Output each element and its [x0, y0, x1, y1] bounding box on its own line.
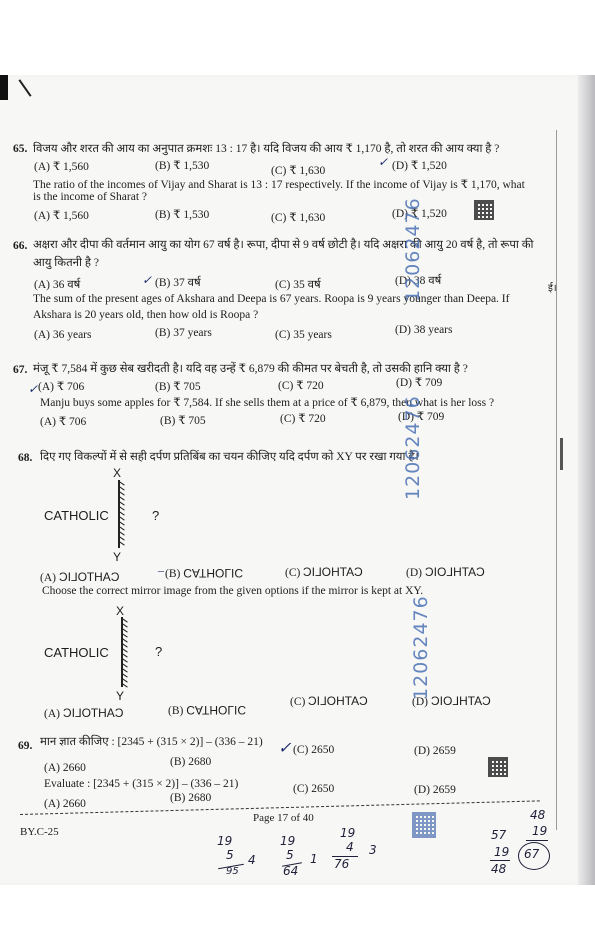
- option-label: (C): [290, 696, 305, 708]
- question-number: 68.: [18, 452, 32, 464]
- question-text-english: is the income of Sharat ?: [33, 191, 147, 203]
- watermark-id: 12062476: [402, 395, 424, 500]
- answer-tick-mark: ✓: [28, 382, 38, 397]
- handwritten-note: 3: [369, 843, 377, 857]
- question-text-english: Akshara is 20 years old, then how old is…: [33, 309, 258, 321]
- option-label: (A): [44, 708, 60, 720]
- option-b[interactable]: (B) ₹ 705: [155, 379, 201, 393]
- option-b[interactable]: (B) 2680: [170, 756, 211, 768]
- option-a[interactable]: (A) 36 years: [34, 329, 91, 341]
- handwritten-note: 5: [226, 848, 234, 862]
- question-text-english: Choose the correct mirror image from the…: [42, 585, 423, 597]
- option-b[interactable]: (B) ₹ 1,530: [155, 158, 209, 172]
- handwritten-note: 19: [217, 834, 232, 848]
- question-text-english: Evaluate : [2345 + (315 × 2)] – (336 – 2…: [44, 778, 238, 790]
- page-corner-shadow: [0, 75, 8, 100]
- option-text: CATHOLIC: [183, 566, 243, 580]
- option-b[interactable]: (B) 2680: [170, 792, 211, 804]
- page-edge-shadow: [578, 75, 595, 885]
- option-b[interactable]: (B) 37 years: [155, 327, 212, 339]
- option-d[interactable]: (D) ₹ 709: [396, 375, 442, 389]
- handwritten-note: 19: [494, 845, 509, 859]
- option-a[interactable]: (A) 36 वर्ष: [34, 277, 80, 292]
- margin-note: ई।: [548, 280, 557, 294]
- handwritten-note: 57: [491, 828, 506, 842]
- option-d[interactable]: (D) ₹ 1,520: [392, 158, 447, 172]
- handwritten-note: 4: [248, 853, 256, 867]
- option-label: (B): [168, 705, 183, 717]
- option-a[interactable]: (A) ₹ 706: [38, 379, 84, 393]
- option-c[interactable]: (C) 2650: [293, 744, 334, 756]
- mirror-label-y: Y: [116, 689, 124, 703]
- question-number: 65.: [13, 143, 27, 155]
- handwritten-note: 5: [286, 848, 294, 862]
- margin-line: [556, 130, 557, 830]
- question-text-hindi: विजय और शरत की आय का अनुपात क्रमशः 13 : …: [33, 142, 499, 156]
- option-d[interactable]: (D) 38 years: [395, 324, 452, 336]
- qr-code-icon: [474, 200, 494, 220]
- handwritten-note: 48: [491, 862, 506, 876]
- answer-tick-mark: –: [158, 563, 164, 578]
- option-c[interactable]: (C) 35 years: [275, 329, 332, 341]
- handwritten-note: 1: [310, 852, 318, 866]
- option-label: (B): [165, 568, 180, 580]
- margin-mark: [560, 438, 563, 470]
- option-d[interactable]: (D) CATHLOIC: [406, 565, 485, 579]
- mirror-label-x: X: [116, 604, 124, 618]
- option-c[interactable]: (C) 2650: [293, 783, 334, 795]
- question-text-hindi: आयु कितनी है ?: [33, 256, 99, 270]
- option-b[interactable]: (B) ₹ 1,530: [155, 207, 209, 221]
- question-text-english: The ratio of the incomes of Vijay and Sh…: [33, 177, 525, 191]
- question-number: 69.: [18, 740, 32, 752]
- handwritten-note: 67: [524, 847, 539, 861]
- question-text-hindi: मान ज्ञात कीजिए : [2345 + (315 × 2)] – (…: [40, 735, 263, 749]
- watermark-id: 12062476: [410, 595, 432, 700]
- option-c[interactable]: (C) CATHOLIC: [285, 565, 363, 579]
- option-text: CATHOLIC: [186, 703, 246, 717]
- option-d[interactable]: (D) 2659: [414, 745, 456, 757]
- option-text: CAHTOLIC: [59, 570, 119, 584]
- stamp-qr-icon: [412, 812, 436, 838]
- option-c[interactable]: (C) 35 वर्ष: [275, 277, 321, 292]
- option-text: CAHTOLIC: [63, 706, 123, 720]
- option-c[interactable]: (C) ₹ 720: [278, 378, 324, 392]
- question-text-hindi: मंजू ₹ 7,584 में कुछ सेब खरीदती है। यदि …: [33, 362, 468, 376]
- option-a[interactable]: (A) 2660: [44, 762, 86, 774]
- option-text: CATHLOIC: [425, 565, 485, 579]
- option-a[interactable]: (A) ₹ 1,560: [34, 159, 89, 173]
- handwritten-note: 4: [346, 840, 354, 854]
- handwritten-note: 19: [532, 824, 547, 838]
- option-text: CATHOLIC: [308, 694, 368, 708]
- option-a[interactable]: (A) ₹ 706: [40, 414, 86, 428]
- option-label: (C): [285, 567, 300, 579]
- question-text-hindi: दिए गए विकल्पों में से सही दर्पण प्रतिबि…: [40, 450, 419, 464]
- question-number: 66.: [13, 240, 27, 252]
- option-c[interactable]: (C) CATHOLIC: [290, 694, 368, 708]
- option-c[interactable]: (C) ₹ 720: [280, 411, 326, 425]
- handwritten-note: 95: [226, 866, 239, 877]
- option-c[interactable]: (C) ₹ 1,630: [271, 163, 325, 177]
- option-c[interactable]: (C) ₹ 1,630: [271, 210, 325, 224]
- option-label: (D): [406, 567, 422, 579]
- question-text-english: Manju buys some apples for ₹ 7,584. If s…: [40, 395, 494, 409]
- handwritten-note: 64: [283, 864, 298, 878]
- option-b[interactable]: (B) ₹ 705: [160, 413, 206, 427]
- page-number: Page 17 of 40: [253, 812, 314, 824]
- option-label: (A): [40, 572, 56, 584]
- handwritten-bar: [526, 840, 548, 841]
- answer-tick-mark: ✓: [142, 273, 152, 288]
- handwritten-bar: [490, 860, 510, 861]
- figure-question-mark: ?: [152, 508, 159, 523]
- handwritten-note: 48: [530, 808, 545, 822]
- mirror-label-x: X: [113, 466, 121, 480]
- option-text: CATHOLIC: [303, 565, 363, 579]
- question-text-english: The sum of the present ages of Akshara a…: [33, 293, 509, 305]
- handwritten-note: 19: [340, 826, 355, 840]
- option-b[interactable]: (B) 37 वर्ष: [155, 275, 201, 290]
- paper-code: BY.C-25: [20, 826, 59, 838]
- figure-question-mark: ?: [155, 644, 162, 659]
- question-text-hindi: अक्षरा और दीपा की वर्तमान आयु का योग 67 …: [33, 238, 534, 252]
- qr-code-icon: [488, 757, 508, 777]
- answer-tick-mark: ✓: [278, 738, 291, 758]
- question-number: 67.: [13, 364, 27, 376]
- option-a[interactable]: (A) ₹ 1,560: [34, 208, 89, 222]
- option-text: CATHLOIC: [431, 694, 491, 708]
- option-d[interactable]: (D) 2659: [414, 784, 456, 796]
- handwritten-note: 19: [280, 834, 295, 848]
- figure-word: CATHOLIC: [44, 508, 109, 523]
- option-a[interactable]: (A) 2660: [44, 798, 86, 810]
- watermark-id: 12062476: [402, 197, 424, 302]
- figure-word: CATHOLIC: [44, 645, 109, 660]
- option-b[interactable]: (B) CATHOLIC: [165, 566, 243, 580]
- option-a[interactable]: (A) CAHTOLIC: [40, 570, 119, 584]
- handwritten-note: 76: [334, 857, 349, 871]
- mirror-label-y: Y: [113, 550, 121, 564]
- option-b[interactable]: (B) CATHOLIC: [168, 703, 246, 717]
- option-a[interactable]: (A) CAHTOLIC: [44, 706, 123, 720]
- answer-tick-mark: ✓: [378, 155, 388, 170]
